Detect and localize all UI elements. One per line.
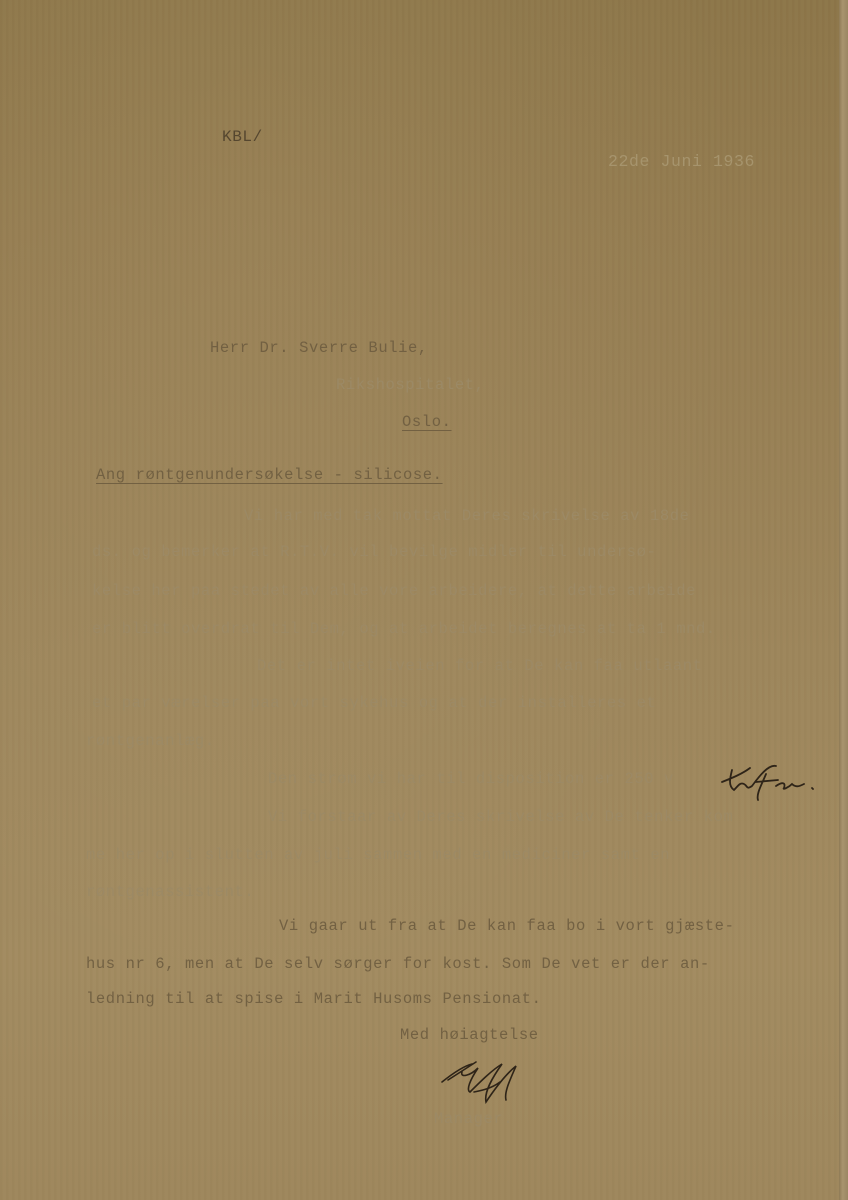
page-edge <box>839 0 848 1200</box>
subject-line: Ang røntgenundersøkelse - silicose. <box>96 466 443 484</box>
body-line-2: ds. og bemerker at R.T.V. vil bevilge mi… <box>92 543 656 561</box>
body-line-3: kelse her paa stedet av alle vore arbeid… <box>92 582 696 600</box>
body-line-13: hus nr 6, men at De selv sørger for kost… <box>86 955 710 973</box>
body-line-10: me her op i slutten av juli sammen med e… <box>86 846 670 864</box>
closing-salutation: Med høiagtelse <box>400 1026 539 1044</box>
signature-icon <box>440 1052 550 1110</box>
letter-date: 22de Juni 1936 <box>608 152 755 171</box>
recipient-institution: Rikshospitalet, <box>336 376 485 394</box>
body-line-1: Vi har med tak mottat Deres skrivelse av… <box>244 507 690 525</box>
body-line-11: røntgenassistent. <box>86 883 254 901</box>
body-line-7: røntgenanlæg. <box>86 732 215 750</box>
body-line-8: Den strøm vi har til disposition er 250 … <box>268 770 674 788</box>
recipient-city: Oslo. <box>402 413 452 431</box>
reference-code: KBL/ <box>222 128 263 146</box>
paper-texture <box>0 0 848 1200</box>
body-line-4: er blitt overdrat til Dem, og at arbeide… <box>92 620 716 638</box>
signature-title: Manager. <box>434 1110 513 1128</box>
body-line-9: Vi forstaar av Deres skrivelse av De ten… <box>268 808 733 826</box>
handwritten-note-icon <box>718 760 826 802</box>
body-line-12: Vi gaar ut fra at De kan faa bo i vort g… <box>279 917 734 935</box>
body-line-14: ledning til at spise i Marit Husoms Pens… <box>86 990 541 1008</box>
body-line-5: Det er intet iveien for at De kan faa ut… <box>257 657 703 675</box>
body-line-6: et par værelser paa vort sykehus og at d… <box>92 694 656 712</box>
recipient-name: Herr Dr. Sverre Bulie, <box>210 339 428 357</box>
